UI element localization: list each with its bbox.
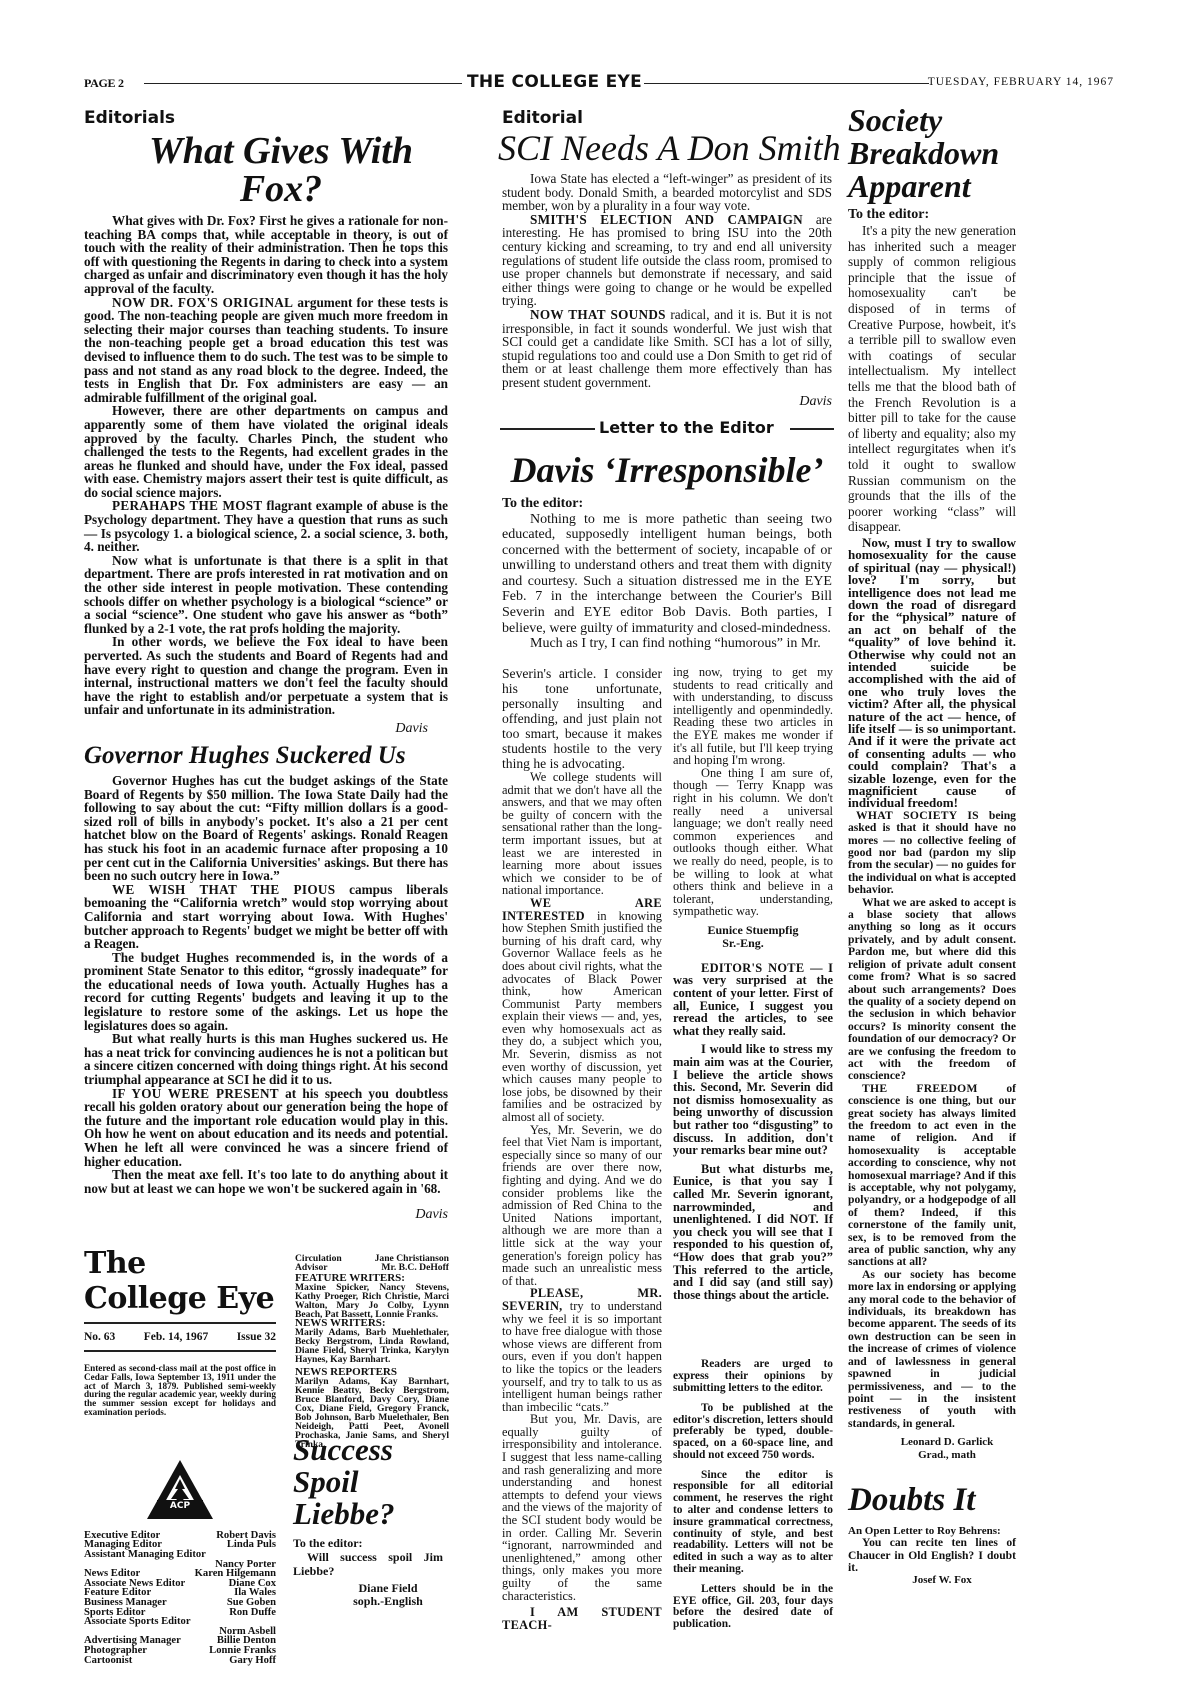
society-body: Now, must I try to swallow homosexuality… <box>848 537 1016 1430</box>
article-fox: What Gives With Fox? What gives with Dr.… <box>84 132 448 737</box>
paragraph: It's a pity the new generation has inher… <box>848 223 1016 535</box>
signature-class: Sr.-Eng. <box>653 937 833 950</box>
paragraph: But what really hurts is this man Hughes… <box>84 1032 448 1086</box>
paragraph: Since the editor is responsible for all … <box>673 1470 833 1576</box>
paragraph: NOW THAT SOUNDS radical, and it is. But … <box>502 308 832 390</box>
column-3: Society Breakdown Apparent To the editor… <box>848 104 1016 1587</box>
paragraph: Then the meat axe fell. It's too late to… <box>84 1168 448 1195</box>
paragraph: Governor Hughes has cut the budget askin… <box>84 774 448 883</box>
letter-intro: Nothing to me is more pathetic than seei… <box>502 512 832 652</box>
issue-date: Feb. 14, 1967 <box>144 1331 209 1343</box>
signature: Josef W. Fox <box>868 1574 1016 1587</box>
letter-body: Will success spoil Jim Liebbe? <box>293 1551 443 1578</box>
paragraph: PLEASE, MR. SEVERIN, try to understand w… <box>502 1287 662 1413</box>
article-society: Society Breakdown Apparent To the editor… <box>848 104 1016 1462</box>
paragraph: We college students will admit that we d… <box>502 771 662 897</box>
paragraph: But you, Mr. Davis, are equally guilty o… <box>502 1413 662 1602</box>
paragraph: Iowa State has elected a “left-winger” a… <box>502 172 832 213</box>
paragraph: What gives with Dr. Fox? First he gives … <box>84 214 448 296</box>
paragraph: In other words, we believe the Fox ideal… <box>84 635 448 717</box>
paragraph: SMITH'S ELECTION AND CAMPAIGN are intere… <box>502 213 832 308</box>
masthead-date: TUESDAY, FEBRUARY 14, 1967 <box>928 76 1114 88</box>
acp-label: ACP <box>145 1501 215 1511</box>
paragraph: One thing I am sure of, though — Terry K… <box>673 767 833 918</box>
headline-davis: Davis ‘Irresponsible’ <box>502 452 832 488</box>
letter-davis-left-col: Severin's article. I consider his tone u… <box>502 666 662 1631</box>
issue-line: No. 63 Feb. 14, 1967 Issue 32 <box>84 1331 276 1343</box>
headline-society: Society Breakdown Apparent <box>848 104 1016 203</box>
staff-row: AdvisorMr. B.C. DeHoff <box>295 1263 449 1272</box>
paragraph: The budget Hughes recommended is, in the… <box>84 951 448 1033</box>
paragraph: EDITOR'S NOTE — I was very surprised at … <box>673 962 833 1038</box>
masthead: PAGE 2 THE COLLEGE EYE TUESDAY, FEBRUARY… <box>84 74 1114 94</box>
paragraph: But what disturbs me, Eunice, is that yo… <box>673 1163 833 1302</box>
paragraph: WE WISH THAT THE PIOUS campus liberals b… <box>84 883 448 951</box>
masthead-title: THE COLLEGE EYE <box>467 72 642 92</box>
signature: Davis <box>84 1207 448 1223</box>
article-smith-body: Iowa State has elected a “left-winger” a… <box>502 172 832 390</box>
letters-policy: Readers are urged to express their opini… <box>673 1359 833 1631</box>
paragraph: Now what is unfortunate is that there is… <box>84 554 448 636</box>
article-hughes: Governor Hughes Suckered Us Governor Hug… <box>84 743 448 1223</box>
paragraph: Yes, Mr. Severin, we do feel that Viet N… <box>502 1124 662 1288</box>
acp-logo: ACP <box>145 1457 215 1527</box>
news-writers: Marily Adams, Barb Muehlethaler, Becky B… <box>295 1328 449 1364</box>
issue-volume: Issue 32 <box>237 1331 276 1343</box>
paragraph: Much as I try, I can find nothing “humor… <box>502 636 832 652</box>
letter-davis-right-body: ing now, trying to get my students to re… <box>673 666 833 918</box>
headline-hughes: Governor Hughes Suckered Us <box>84 743 448 768</box>
paragraph: WE ARE INTERESTED in knowing how Stephen… <box>502 897 662 1124</box>
paragraph: PERAHAPS THE MOST flagrant example of ab… <box>84 499 448 553</box>
letter-banner: Letter to the Editor <box>502 418 832 440</box>
article-doubts: Doubts It An Open Letter to Roy Behrens:… <box>848 1484 1016 1587</box>
entry-notice: Entered as second-class mail at the post… <box>84 1364 276 1417</box>
page-number: PAGE 2 <box>84 76 124 91</box>
signature: Davis <box>502 394 832 410</box>
column-1: Editorials What Gives With Fox? What giv… <box>84 108 448 1223</box>
staff-continuation: CirculationJane Christianson AdvisorMr. … <box>295 1254 449 1449</box>
paragraph: What we are asked to accept is a blase s… <box>848 897 1016 1083</box>
staff-row: CartoonistGary Hoff <box>84 1656 276 1666</box>
headline-doubts: Doubts It <box>848 1484 1016 1517</box>
paragraph: As our society has become more lax in en… <box>848 1269 1016 1430</box>
paragraph: Severin's article. I consider his tone u… <box>502 666 662 771</box>
paragraph: Letters should be in the EYE office, Gil… <box>673 1584 833 1631</box>
paragraph: Nothing to me is more pathetic than seei… <box>502 512 832 637</box>
banner-rule-left <box>500 428 595 430</box>
issue-number: No. 63 <box>84 1331 115 1343</box>
paragraph: I AM STUDENT TEACH- <box>502 1606 662 1631</box>
nameplate: The College Eye No. 63 Feb. 14, 1967 Iss… <box>84 1246 276 1665</box>
letter-davis-right-col: ing now, trying to get my students to re… <box>673 666 833 1631</box>
signature: Davis <box>84 721 428 737</box>
feature-writers: Maxine Spicker, Nancy Stevens, Kathy Pro… <box>295 1283 449 1319</box>
headline-liebbe: Success Spoil Liebbe? <box>293 1434 413 1530</box>
paragraph: NOW DR. FOX'S ORIGINAL argument for thes… <box>84 296 448 405</box>
divider <box>84 1322 276 1324</box>
to-editor: To the editor: <box>502 496 832 512</box>
paragraph: Now, must I try to swallow homosexuality… <box>848 537 1016 810</box>
banner-rule-right <box>790 428 834 430</box>
paragraph: To be published at the editor's discreti… <box>673 1403 833 1462</box>
article-fox-body: What gives with Dr. Fox? First he gives … <box>84 214 448 717</box>
to-editor: To the editor: <box>848 207 1016 223</box>
column-2: Editorial SCI Needs A Don Smith Iowa Sta… <box>502 108 832 652</box>
article-smith: SCI Needs A Don Smith Iowa State has ele… <box>502 130 832 410</box>
signature-class: Grad., math <box>878 1449 1016 1462</box>
society-body-lead: It's a pity the new generation has inher… <box>848 223 1016 535</box>
masthead-rule-left <box>144 83 462 84</box>
paragraph: I would like to stress my main aim was a… <box>673 1043 833 1156</box>
signature-name: Eunice Stuempfig <box>673 924 833 937</box>
acp-triangle-icon <box>145 1457 215 1527</box>
headline-smith: SCI Needs A Don Smith <box>498 130 832 166</box>
staff-list: Executive EditorRobert Davis Managing Ed… <box>84 1531 276 1665</box>
divider <box>84 1350 276 1352</box>
signature-name: Leonard D. Garlick <box>878 1436 1016 1449</box>
paragraph: ing now, trying to get my students to re… <box>673 666 833 767</box>
masthead-rule-right <box>644 83 929 84</box>
paragraph: However, there are other departments on … <box>84 404 448 499</box>
paragraph: IF YOU WERE PRESENT at his speech you do… <box>84 1087 448 1169</box>
nameplate-title: The College Eye <box>84 1246 276 1316</box>
article-liebbe: Success Spoil Liebbe? To the editor: Wil… <box>293 1434 443 1608</box>
signature-class: soph.-English <box>333 1595 443 1608</box>
paragraph: Readers are urged to express their opini… <box>673 1359 833 1394</box>
banner-label: Letter to the Editor <box>599 418 774 437</box>
paragraph: WHAT SOCIETY IS being asked is that it s… <box>848 810 1016 897</box>
section-label-editorial: Editorial <box>502 108 832 128</box>
paragraph: THE FREEDOM of conscience is one thing, … <box>848 1083 1016 1269</box>
letter-body: You can recite ten lines of Chaucer in O… <box>848 1537 1016 1574</box>
headline-fox: What Gives With Fox? <box>114 132 448 208</box>
editors-note: EDITOR'S NOTE — I was very surprised at … <box>673 962 833 1301</box>
section-label-editorials: Editorials <box>84 108 448 128</box>
to-editor: To the editor: <box>293 1536 443 1551</box>
article-hughes-body: Governor Hughes has cut the budget askin… <box>84 774 448 1195</box>
